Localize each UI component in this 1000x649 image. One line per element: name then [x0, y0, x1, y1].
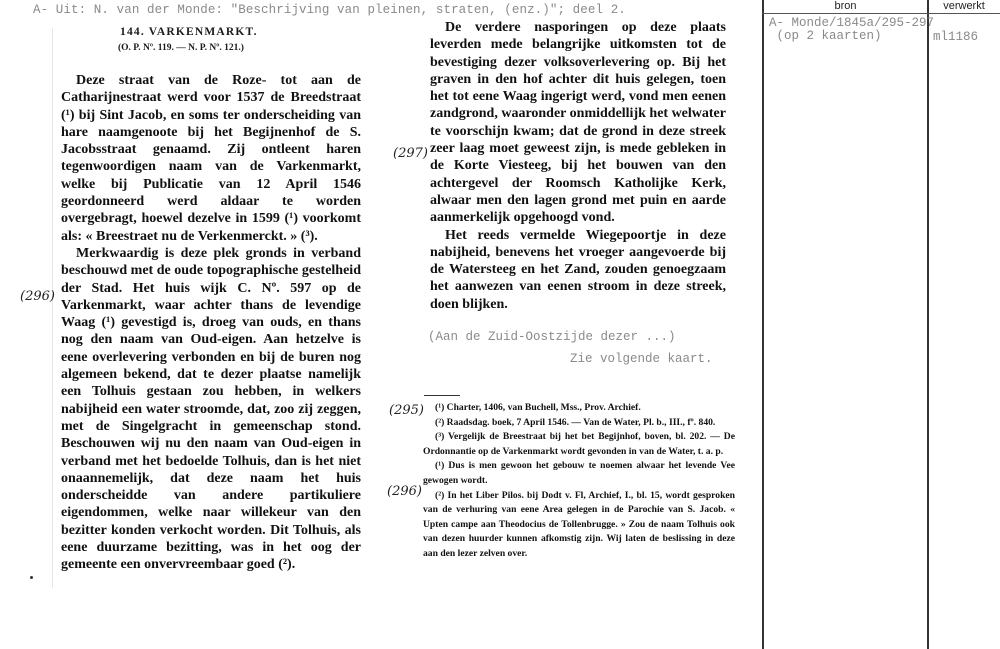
paragraph: Merkwaardig is deze plek gronds in verba… [61, 245, 361, 574]
footnote: (³) Vergelijk de Breestraat bij het bet … [423, 430, 735, 459]
footnote: (¹) Charter, 1406, van Buchell, Mss., Pr… [423, 401, 735, 416]
margin-page-number: (297) [393, 146, 428, 161]
margin-page-number: (296) [387, 484, 422, 499]
margin-rule [52, 28, 53, 588]
ledger-cell-bron: A- Monde/1845a/295-297 (op 2 kaarten) [769, 17, 934, 43]
footnote: (²) In het Liber Pilos. bij Dodt v. Fl, … [423, 489, 735, 562]
margin-page-number: (296) [20, 289, 55, 304]
ledger-column-divider [927, 0, 929, 649]
footnote-separator [424, 395, 460, 396]
footnote: (²) Raadsdag. boek, 7 April 1546. — Van … [423, 416, 735, 431]
footnotes: (¹) Charter, 1406, van Buchell, Mss., Pr… [423, 401, 735, 562]
typed-continuation-note: (Aan de Zuid-Oostzijde dezer ...) [428, 330, 676, 344]
paragraph: Het reeds vermelde Wiegepoortje in deze … [430, 227, 726, 313]
article-title: 144. VARKENMARKT. [120, 26, 258, 38]
footnote: (¹) Dus is men gewoon het gebouw te noem… [423, 459, 735, 488]
ledger-header-verwerkt: verwerkt [929, 0, 999, 12]
ledger-table: bron verwerkt A- Monde/1845a/295-297 (op… [762, 0, 1000, 649]
left-text-column: Deze straat van de Roze- tot aan de Cath… [61, 72, 361, 574]
margin-page-number: (295) [389, 403, 424, 418]
article-subtitle: (O. P. Nº. 119. — N. P. Nº. 121.) [118, 43, 244, 53]
ledger-cell-verwerkt: ml1186 [933, 31, 978, 44]
typed-next-card-note: Zie volgende kaart. [570, 352, 713, 366]
ledger-left-border [762, 0, 764, 649]
right-text-column: De verdere nasporingen op deze plaats le… [430, 19, 726, 313]
ledger-header-bron: bron [764, 0, 927, 12]
paragraph: Deze straat van de Roze- tot aan de Cath… [61, 72, 361, 245]
source-header-line: A- Uit: N. van der Monde: "Beschrijving … [33, 3, 626, 17]
paragraph: De verdere nasporingen op deze plaats le… [430, 19, 726, 227]
stray-dot [30, 576, 33, 579]
ledger-header-rule [762, 13, 1000, 14]
